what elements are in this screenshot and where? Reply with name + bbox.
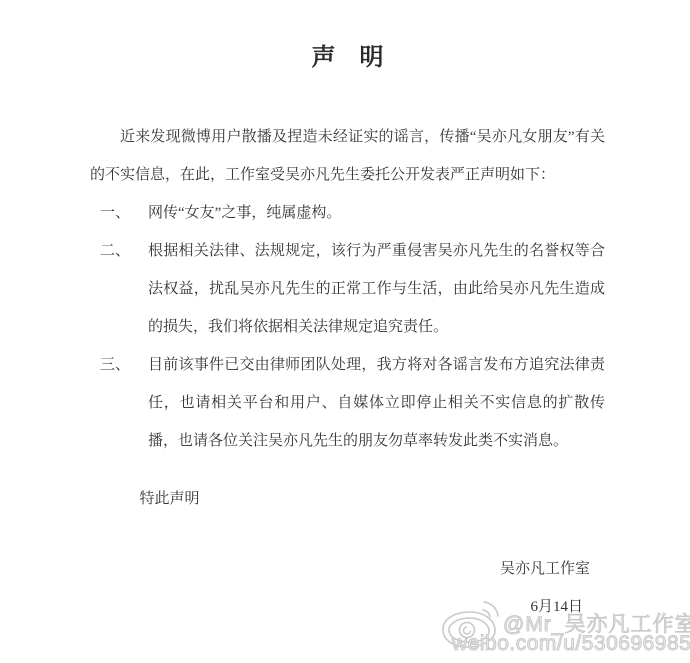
statement-item-1: 一、 网传“女友”之事，纯属虚构。: [90, 194, 605, 232]
statement-item-3: 三、 目前该事件已交由律师团队处理，我方将对各谣言发布方追究法律责任，也请相关平…: [90, 346, 605, 460]
watermark-url: weibo.com/u/5306969855: [452, 632, 690, 656]
item-3-text: 目前该事件已交由律师团队处理，我方将对各谣言发布方追究法律责任，也请相关平台和用…: [148, 346, 605, 460]
statement-item-list: 一、 网传“女友”之事，纯属虚构。 二、 根据相关法律、法规规定，该行为严重侵害…: [90, 194, 605, 460]
statement-content: 声 明 近来发现微博用户散播及捏造未经证实的谣言，传播“吴亦凡女朋友”有关的不实…: [90, 0, 605, 626]
statement-title: 声 明: [90, 42, 605, 74]
statement-closing: 特此声明: [90, 480, 605, 518]
item-1-text: 网传“女友”之事，纯属虚构。: [148, 194, 605, 232]
statement-signature: 吴亦凡工作室: [90, 550, 605, 588]
statement-date: 6月14日: [90, 588, 605, 626]
item-2-marker: 二、: [90, 232, 148, 270]
item-1-marker: 一、: [90, 194, 148, 232]
statement-intro: 近来发现微博用户散播及捏造未经证实的谣言，传播“吴亦凡女朋友”有关的不实信息，在…: [90, 118, 605, 194]
statement-document: 声 明 近来发现微博用户散播及捏造未经证实的谣言，传播“吴亦凡女朋友”有关的不实…: [0, 0, 690, 663]
statement-item-2: 二、 根据相关法律、法规规定，该行为严重侵害吴亦凡先生的名誉权等合法权益，扰乱吴…: [90, 232, 605, 346]
item-3-marker: 三、: [90, 346, 148, 384]
item-2-text: 根据相关法律、法规规定，该行为严重侵害吴亦凡先生的名誉权等合法权益，扰乱吴亦凡先…: [148, 232, 605, 346]
